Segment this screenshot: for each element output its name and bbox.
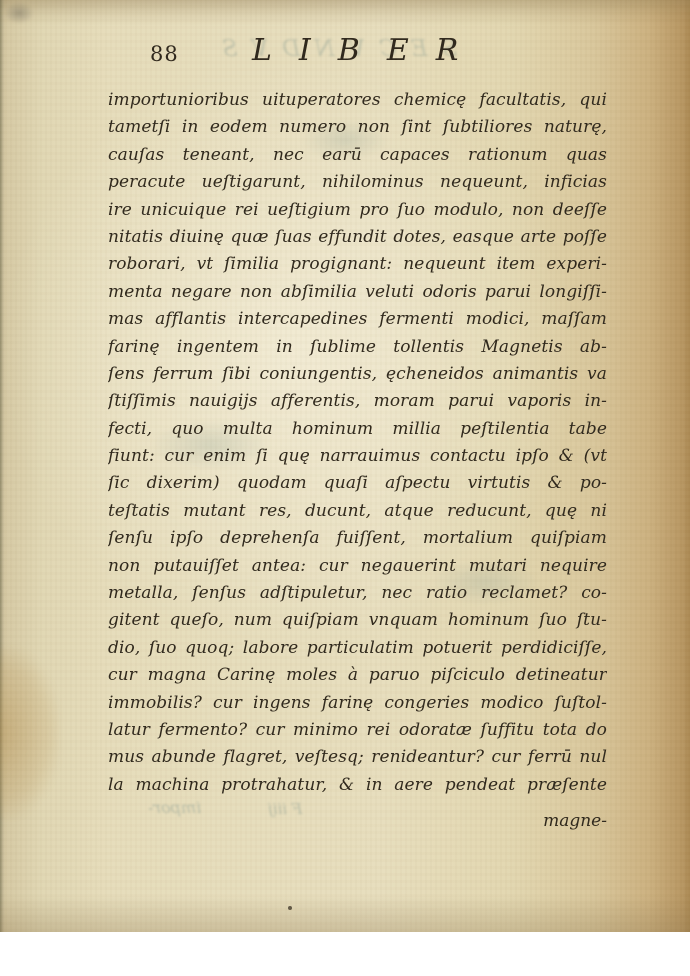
text-block: importunioribus uituperatores chemicę fa… xyxy=(108,87,607,799)
text-line: fecti, quo multa hominum millia peſtilen… xyxy=(108,416,607,443)
text-line: menta negare non abſimilia veluti odoris… xyxy=(108,279,607,306)
ink-speck xyxy=(288,906,292,910)
book-page: SECVNDVS F iiij impor- 88 LIBER importun… xyxy=(0,0,690,932)
text-line: roborari, vt ſimilia progignant: nequeun… xyxy=(108,251,607,278)
text-line: dio, ſuo quoq; labore particulatim potue… xyxy=(108,635,607,662)
scan-canvas: { "page": { "folio": "88", "running_head… xyxy=(0,0,690,976)
text-line: ſic dixerim) quodam quaſi aſpectu virtut… xyxy=(108,470,607,497)
catchword: magne- xyxy=(108,811,607,831)
text-line: mus abunde flagret, veſtesq; renideantur… xyxy=(108,744,607,771)
text-line: metalla, ſenſus adſtipuletur, nec ratio … xyxy=(108,580,607,607)
text-line: immobilis? cur ingens farinę congeries m… xyxy=(108,690,607,717)
text-line: non putauiſſet antea: cur negauerint mut… xyxy=(108,553,607,580)
text-line: tametſi in eodem numero non ſint ſubtili… xyxy=(108,114,607,141)
text-line: farinę ingentem in ſublime tollentis Mag… xyxy=(108,334,607,361)
text-line: cauſas teneant, nec earū capaces rationu… xyxy=(108,142,607,169)
text-line: teſtatis mutant res, ducunt, atque reduc… xyxy=(108,498,607,525)
page-number: 88 xyxy=(150,42,179,66)
text-line: ſtiſſimis nauigijs afferentis, moram par… xyxy=(108,388,607,415)
text-line: cur magna Carinę moles à paruo piſciculo… xyxy=(108,662,607,689)
text-line: ſens ferrum ſibi coniungentis, ęcheneido… xyxy=(108,361,607,388)
text-line: nitatis diuinę quæ ſuas effundit dotes, … xyxy=(108,224,607,251)
text-line: ſenſu ipſo deprehenſa fuiſſent, mortaliu… xyxy=(108,525,607,552)
text-line: gitent queſo, num quiſpiam vnquam hominu… xyxy=(108,607,607,634)
text-line: ire unicuique rei ueſtigium pro ſuo modu… xyxy=(108,197,607,224)
running-head-title: LIBER xyxy=(252,33,485,68)
text-line: peracute ueſtigarunt, nihilominus nequeu… xyxy=(108,169,607,196)
text-line: mas afflantis intercapedines fermenti mo… xyxy=(108,306,607,333)
paper-stain xyxy=(0,648,60,818)
text-line: latur fermento? cur minimo rei odoratæ ſ… xyxy=(108,717,607,744)
corner-blemish xyxy=(4,2,34,24)
text-line: la machina protrahatur, & in aere pendea… xyxy=(108,772,607,799)
text-line: fiunt: cur enim ſi quę narrauimus contac… xyxy=(108,443,607,470)
text-line: importunioribus uituperatores chemicę fa… xyxy=(108,87,607,114)
